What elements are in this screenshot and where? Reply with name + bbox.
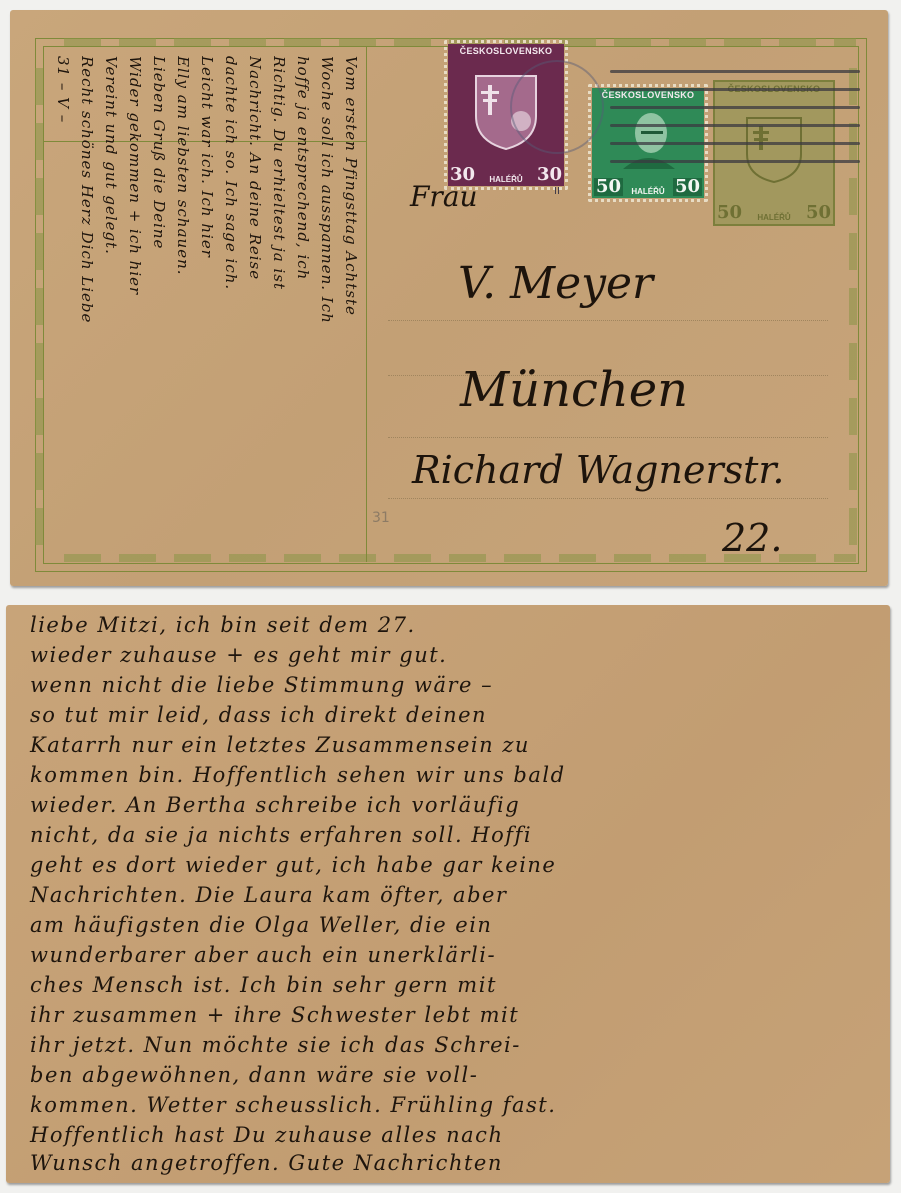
message-line: wenn nicht die liebe Stimmung wäre –	[30, 673, 493, 697]
message-line: kommen bin. Hoffentlich sehen wir uns ba…	[30, 763, 566, 787]
message-line: kommen. Wetter scheusslich. Frühling fas…	[30, 1093, 556, 1117]
stamp-value: 50	[717, 204, 742, 222]
message-line: liebe Mitzi, ich bin seit dem 27.	[30, 613, 416, 637]
plate-mark: II	[554, 186, 560, 197]
message-line: Katarrh nur ein letztes Zusammensein zu	[30, 733, 530, 757]
message-line: geht es dort wieder gut, ich habe gar ke…	[30, 853, 556, 877]
message-line: ches Mensch ist. Ich bin sehr gern mit	[30, 973, 497, 997]
message-line: dachte ich so. Ich sage ich.	[222, 56, 240, 556]
message-line: Vom ersten Pfingsttag Achtste	[342, 56, 360, 556]
message-line: Wider gekommen + ich hier	[126, 56, 144, 556]
address-house-number: 22.	[722, 516, 782, 560]
message-line: Lieben Gruß die Deine	[150, 56, 168, 556]
message-line: hoffe ja entsprechend, ich	[294, 56, 312, 556]
message-line: Vereint und gut gelegt.	[102, 56, 120, 556]
message-line: wieder zuhause + es geht mir gut.	[30, 643, 447, 667]
message-line: Woche soll ich ausspannen. Ich	[318, 56, 336, 556]
address-rule	[388, 320, 828, 321]
message-divider	[366, 46, 367, 562]
stamp-country: ČESKOSLOVENSKO	[460, 46, 553, 56]
message-line: nicht, da sie ja nichts erfahren soll. H…	[30, 823, 532, 847]
stamp-unit: HALÉŘŮ	[489, 175, 522, 184]
message-line: wunderbarer aber auch ein unerklärli-	[30, 943, 496, 967]
postmark-cancellation	[610, 70, 860, 190]
message-line: Wunsch angetroffen. Gute Nachrichten	[30, 1151, 503, 1175]
postcard-back: liebe Mitzi, ich bin seit dem 27. wieder…	[6, 605, 890, 1183]
message-panel: Vom ersten Pfingsttag Achtste Woche soll…	[50, 56, 360, 556]
address-name: V. Meyer	[458, 258, 653, 309]
message-line: Nachricht. An deine Reise	[246, 56, 264, 556]
message-line: Elly am liebsten schauen.	[174, 56, 192, 556]
message-line: am häufigsten die Olga Weller, die ein	[30, 913, 492, 937]
postcard-front: Vom ersten Pfingsttag Achtste Woche soll…	[10, 10, 888, 586]
frame-ornament-left	[35, 50, 43, 562]
message-date: 31 – V –	[54, 56, 72, 556]
stamp-unit: HALÉŘŮ	[757, 213, 790, 222]
circular-postmark	[510, 60, 604, 154]
message-line: ben abgewöhnen, dann wäre sie voll-	[30, 1063, 478, 1087]
message-line: Richtig. Du erhieltest ja ist	[270, 56, 288, 556]
address-salutation: Frau	[410, 180, 478, 213]
message-line: Leicht war ich. Ich hier	[198, 56, 216, 556]
message-line: wieder. An Bertha schreibe ich vorläufig	[30, 793, 520, 817]
stamp-value: 50	[806, 204, 831, 222]
message-line: so tut mir leid, dass ich direkt deinen	[30, 703, 487, 727]
pencil-mark: 31	[372, 510, 390, 526]
message-line: Recht schönes Herz Dich Liebe	[78, 56, 96, 556]
address-street: Richard Wagnerstr.	[412, 448, 784, 492]
message-line: ihr zusammen + ihre Schwester lebt mit	[30, 1003, 519, 1027]
address-city: München	[460, 362, 688, 418]
message-line: ihr jetzt. Nun möchte sie ich das Schrei…	[30, 1033, 521, 1057]
address-rule	[388, 437, 828, 438]
message-line: Hoffentlich hast Du zuhause alles nach	[30, 1123, 503, 1147]
stamp-value: 30	[537, 166, 562, 184]
message-line: Nachrichten. Die Laura kam öfter, aber	[30, 883, 507, 907]
address-rule	[388, 498, 828, 499]
